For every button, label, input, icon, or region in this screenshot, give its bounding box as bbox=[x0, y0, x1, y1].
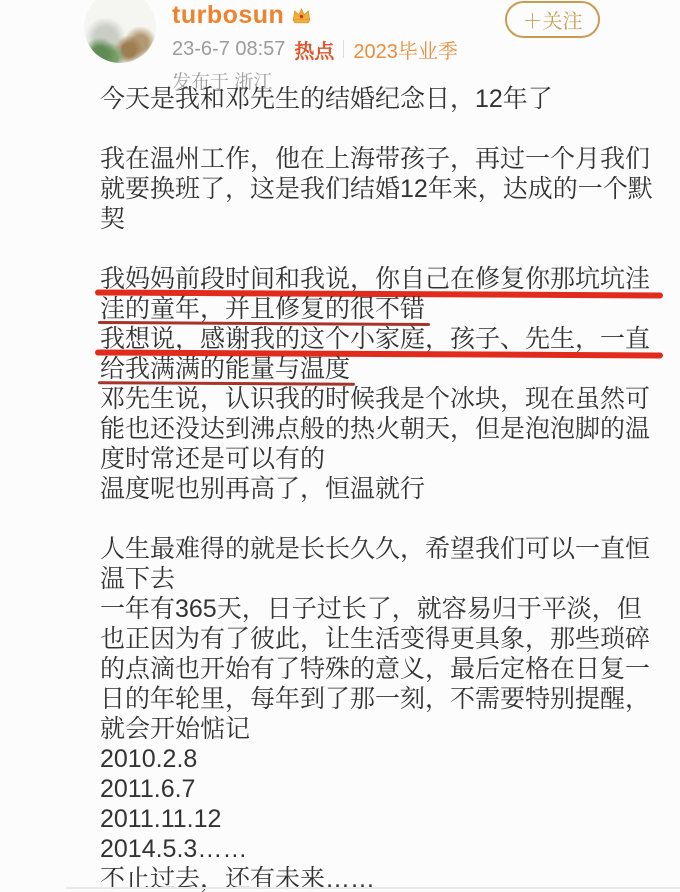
post-content: 今天是我和邓先生的结婚纪念日，12年了 我在温州工作，他在上海带孩子，再过一个月… bbox=[100, 84, 672, 892]
vip-crown-icon bbox=[291, 5, 312, 26]
hot-tag[interactable]: 热点 bbox=[294, 35, 334, 64]
underlined-line: 给我满满的能量与温度 bbox=[100, 354, 350, 384]
underlined-passage-2: 我想说，感谢我的这个小家庭，孩子、先生，一直 给我满满的能量与温度 bbox=[100, 324, 672, 384]
post-paragraph-1: 今天是我和邓先生的结婚纪念日，12年了 bbox=[100, 84, 672, 114]
post-header: turbosun 23-6-7 08:57 热点 2023毕业季 发布于 浙江 bbox=[172, 0, 458, 94]
bottom-divider bbox=[66, 887, 680, 889]
follow-button[interactable]: ＋关注 bbox=[505, 1, 600, 38]
anniversary-date: 2011.11.12 bbox=[100, 804, 672, 834]
anniversary-date: 2011.6.7 bbox=[100, 774, 672, 804]
post-paragraph-5: 邓先生说，认识我的时候我是个冰块，现在虽然可 能也还没达到沸点般的热火朝天，但是… bbox=[100, 384, 672, 474]
underlined-line: 我想说，感谢我的这个小家庭，孩子、先生，一直 bbox=[100, 324, 650, 354]
post-paragraph-6: 温度呢也别再高了，恒温就行 bbox=[100, 474, 672, 504]
underlined-line: 洼的童年，并且修复的很不错 bbox=[100, 294, 425, 324]
post-paragraph-2: 我在温州工作，他在上海带孩子，再过一个月我们 就要换班了，这是我们结婚12年来，… bbox=[100, 144, 672, 234]
underlined-passage-1: 我妈妈前段时间和我说，你自己在修复你那坑坑洼 洼的童年，并且修复的很不错 bbox=[100, 264, 672, 324]
username-link[interactable]: turbosun bbox=[172, 1, 284, 30]
meta-divider bbox=[343, 40, 344, 58]
topic-tag-2023-graduation[interactable]: 2023毕业季 bbox=[353, 35, 458, 64]
post-paragraph-8: 一年有365天，日子过长了，就容易归于平淡，但 也正因为有了彼此，让生活变得更具… bbox=[100, 594, 672, 744]
post-paragraph-7: 人生最难得的就是长长久久，希望我们可以一直恒 温下去 bbox=[100, 534, 672, 594]
anniversary-date: 2010.2.8 bbox=[100, 744, 672, 774]
post-timestamp: 23-6-7 08:57 bbox=[172, 38, 285, 61]
anniversary-date: 2014.5.3…… bbox=[100, 834, 672, 864]
underlined-line: 我妈妈前段时间和我说，你自己在修复你那坑坑洼 bbox=[100, 264, 650, 294]
user-avatar[interactable] bbox=[84, 0, 156, 63]
weibo-post-card: turbosun 23-6-7 08:57 热点 2023毕业季 发布于 浙江 … bbox=[0, 0, 680, 892]
